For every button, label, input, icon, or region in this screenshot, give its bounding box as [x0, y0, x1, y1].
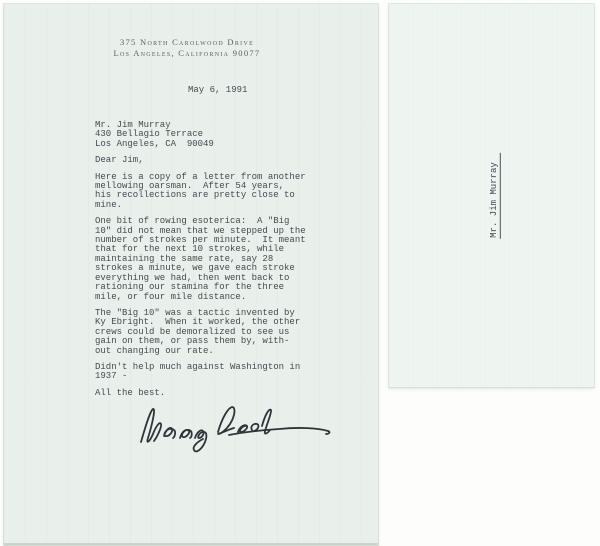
letter-page: 375 North Carolwood Drive Los Angeles, C…	[4, 4, 378, 545]
paragraph-1: Here is a copy of a letter from another …	[95, 173, 306, 211]
salutation: Dear Jim,	[95, 156, 306, 165]
signature-gregory-peck	[134, 397, 334, 457]
paragraph-2: One bit of rowing esoterica: A "Big 10" …	[95, 217, 306, 302]
paragraph-4: Didn't help much against Washington in 1…	[95, 363, 306, 382]
letterhead-address-line1: 375 North Carolwood Drive	[4, 37, 370, 48]
recipient-address: Mr. Jim Murray 430 Bellagio Terrace Los …	[95, 121, 306, 149]
envelope-recipient-name: Mr. Jim Murray	[489, 153, 500, 239]
envelope-rotated-text: Mr. Jim Murray	[482, 153, 500, 239]
letter-body: Mr. Jim Murray 430 Bellagio Terrace Los …	[95, 121, 306, 405]
letterhead: 375 North Carolwood Drive Los Angeles, C…	[4, 37, 370, 59]
paragraph-3: The "Big 10" was a tactic invented by Ky…	[95, 309, 306, 356]
scanned-photo: 375 North Carolwood Drive Los Angeles, C…	[0, 0, 600, 546]
letter-date: May 6, 1991	[188, 86, 247, 95]
letterhead-address-line2: Los Angeles, California 90077	[4, 48, 370, 59]
envelope: Mr. Jim Murray	[389, 4, 594, 387]
